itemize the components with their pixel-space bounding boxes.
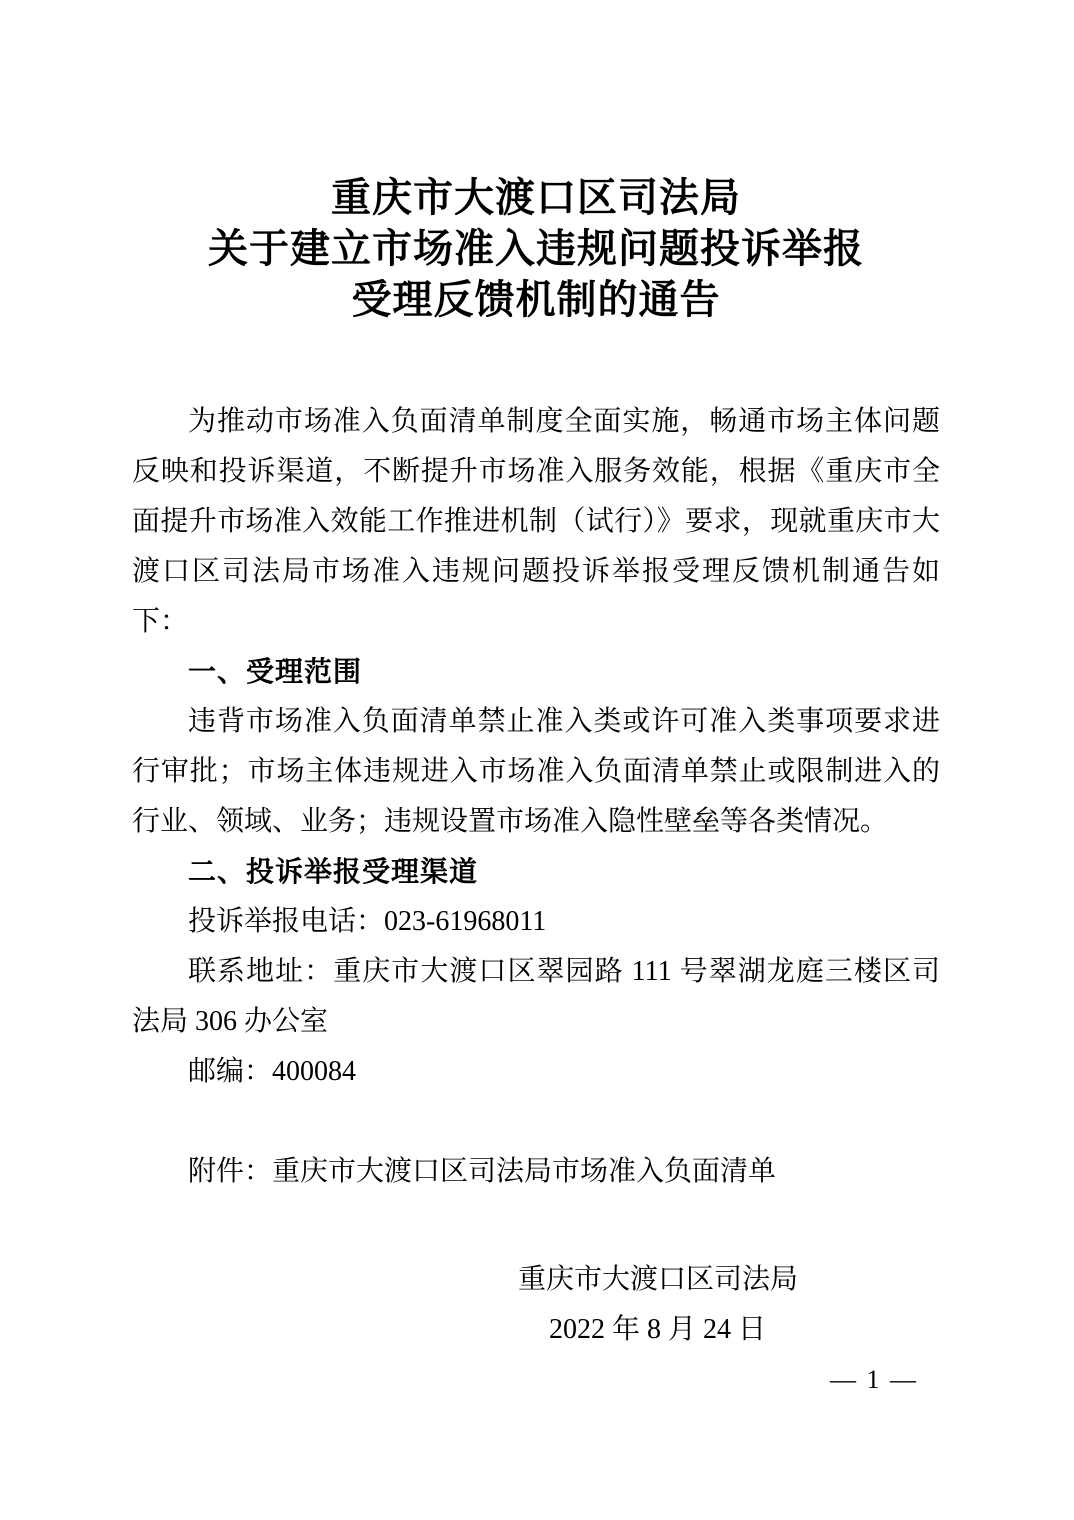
page-number: — 1 —	[132, 1365, 940, 1395]
signature-date: 2022 年 8 月 24 日	[132, 1305, 940, 1355]
title-line-3: 受理反馈机制的通告	[132, 274, 940, 325]
title-line-2: 关于建立市场准入违规问题投诉举报	[132, 223, 940, 274]
section-2-heading: 二、投诉举报受理渠道	[132, 847, 940, 897]
document-body: 为推动市场准入负面清单制度全面实施，畅通市场主体问题反映和投诉渠道，不断提升市场…	[132, 397, 940, 1247]
intro-paragraph: 为推动市场准入负面清单制度全面实施，畅通市场主体问题反映和投诉渠道，不断提升市场…	[132, 397, 940, 647]
attachment-line: 附件：重庆市大渡口区司法局市场准入负面清单	[132, 1147, 940, 1197]
blank-line	[132, 1197, 940, 1247]
document-content: 重庆市大渡口区司法局 关于建立市场准入违规问题投诉举报 受理反馈机制的通告 为推…	[132, 0, 940, 1395]
document-page: 重庆市大渡口区司法局 关于建立市场准入违规问题投诉举报 受理反馈机制的通告 为推…	[0, 0, 1074, 1520]
title-line-1: 重庆市大渡口区司法局	[132, 172, 940, 223]
document-title: 重庆市大渡口区司法局 关于建立市场准入违规问题投诉举报 受理反馈机制的通告	[132, 172, 940, 325]
signature-issuer: 重庆市大渡口区司法局	[132, 1255, 940, 1305]
section-1-paragraph: 违背市场准入负面清单禁止准入类或许可准入类事项要求进行审批；市场主体违规进入市场…	[132, 697, 940, 847]
phone-line: 投诉举报电话：023-61968011	[132, 897, 940, 947]
address-line: 联系地址：重庆市大渡口区翠园路 111 号翠湖龙庭三楼区司法局 306 办公室	[132, 947, 940, 1047]
postcode-line: 邮编：400084	[132, 1047, 940, 1097]
blank-line	[132, 1097, 940, 1147]
section-1-heading: 一、受理范围	[132, 647, 940, 697]
signature-block: 重庆市大渡口区司法局 2022 年 8 月 24 日	[132, 1255, 940, 1355]
